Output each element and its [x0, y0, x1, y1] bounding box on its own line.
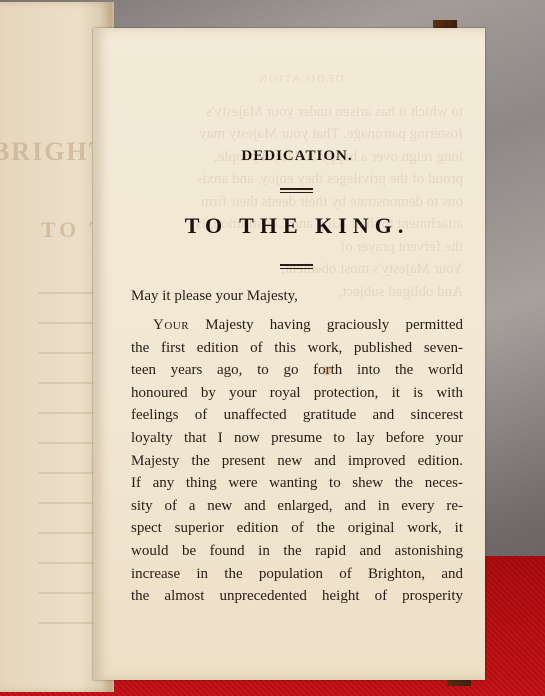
ornamental-rule-bottom	[280, 264, 313, 269]
bleed-line: ous to demonstrate by their deeds their …	[133, 191, 463, 214]
paragraph-line: Majesty the present new and improved edi…	[131, 450, 463, 473]
salutation: May it please your Majesty,	[131, 288, 298, 305]
paragraph-line: would be found in the rapid and astonish…	[131, 540, 463, 563]
paragraph-line-text: Majesty having graciously permitted	[189, 317, 463, 333]
section-heading: DEDICATION.	[131, 148, 463, 165]
bleed-line: fostering patronage. That your Majesty m…	[133, 123, 463, 146]
paragraph-line: honoured by your royal protection, it is…	[131, 382, 463, 405]
paragraph-line: teen years ago, to go forth into the wor…	[131, 359, 463, 382]
dedication-paragraph: Your Majesty having graciously permitted…	[131, 314, 463, 608]
bleed-line: to which it has arisen under your Majest…	[133, 101, 463, 124]
small-caps-lead: Your	[153, 317, 189, 333]
paragraph-line: the first edition of this work, publishe…	[131, 337, 463, 360]
ornamental-rule-top	[280, 188, 313, 193]
dedication-title: TO THE KING.	[131, 213, 463, 239]
paragraph-line: increase in the population of Brighton, …	[131, 563, 463, 586]
paragraph-line: sity of a new and enlarged, and in every…	[131, 495, 463, 518]
paragraph-line: spect superior edition of the original w…	[131, 517, 463, 540]
paragraph-line: feelings of unaffected gratitude and sin…	[131, 404, 463, 427]
paragraph-line: Your Majesty having graciously permitted	[131, 314, 463, 337]
paragraph-line: loyalty that I now presume to lay before…	[131, 427, 463, 450]
right-page: DEDICATION. to which it has arisen under…	[93, 28, 485, 680]
paragraph-line: If any thing were wanting to shew the ne…	[131, 472, 463, 495]
left-page-ghost-heading: BRIGHT	[0, 137, 108, 167]
bleed-line: Your Majesty's most obedient,	[133, 258, 463, 281]
paragraph-line: the almost unprecedented height of prosp…	[131, 585, 463, 608]
foxing-stain	[322, 366, 332, 376]
bleed-through-header: DEDICATION.	[133, 68, 463, 91]
